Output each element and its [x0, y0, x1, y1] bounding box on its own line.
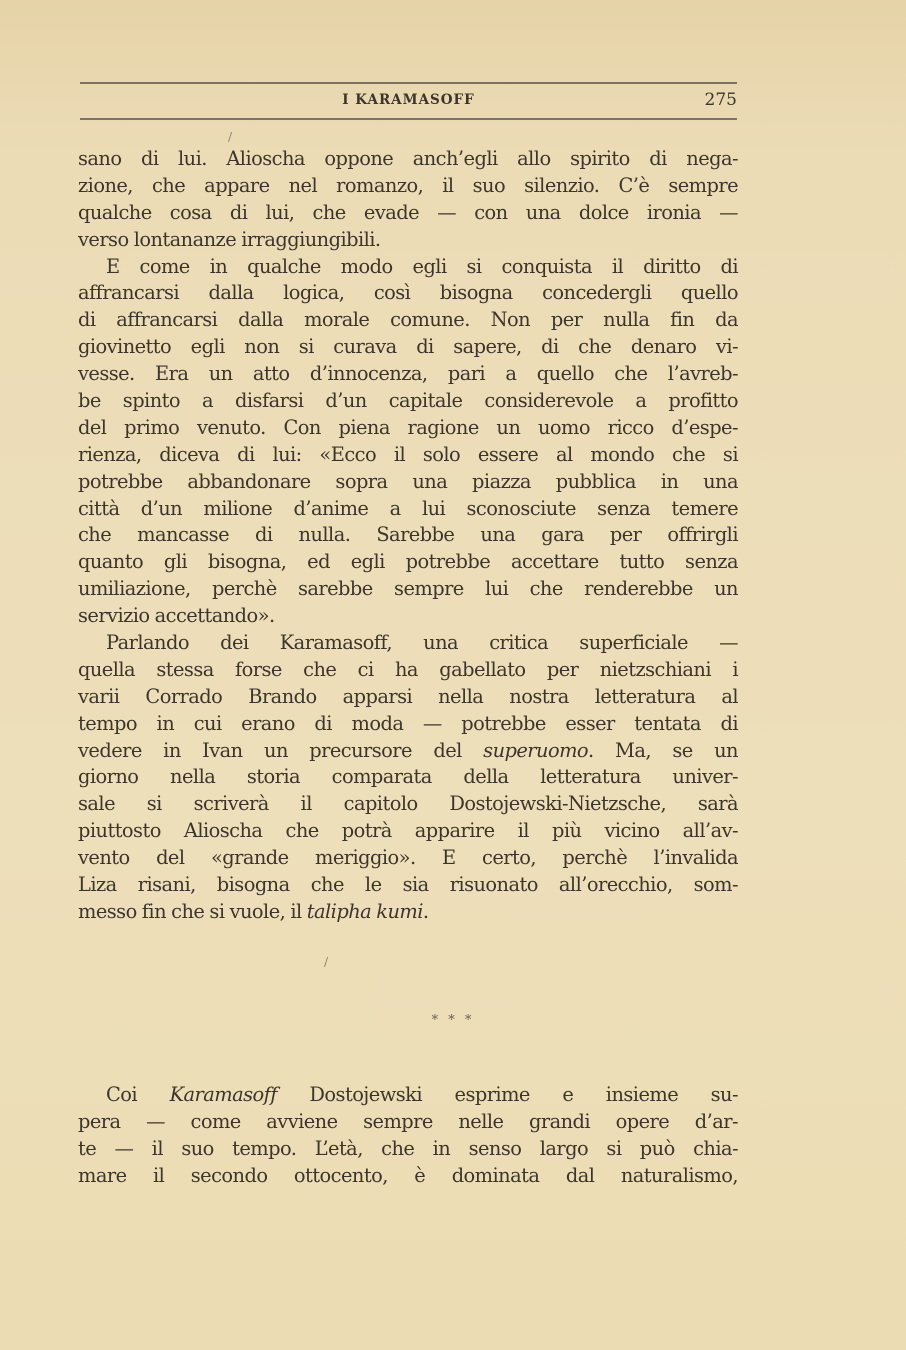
text-line: messo fin che si vuole, il talipha kumi. — [78, 899, 738, 926]
text-segment: . Ma, se un — [588, 739, 738, 762]
text-line: vento del «grande meriggio». E certo, pe… — [78, 845, 738, 872]
text-line: mare il secondo ottocento, è dominata da… — [78, 1163, 738, 1190]
text-line: Liza risani, bisogna che le sia risuonat… — [78, 872, 738, 899]
italic-title-karamasoff: Karamasoff — [170, 1083, 277, 1106]
text-line: tempo in cui erano di moda — potrebbe es… — [78, 711, 738, 738]
text-segment: Dostojewski esprime e insieme su- — [277, 1083, 738, 1106]
text-line: città d’un milione d’anime a lui sconosc… — [78, 496, 738, 523]
text-line: quella stessa forse che ci ha gabellato … — [78, 657, 738, 684]
text-segment: messo fin che si vuole, il — [78, 900, 307, 923]
text-segment: Coi — [106, 1083, 170, 1106]
text-line: verso lontananze irraggiungibili. — [78, 227, 738, 254]
header-rule-top — [80, 82, 737, 84]
text-line: umiliazione, perchè sarebbe sempre lui c… — [78, 576, 738, 603]
text-line: del primo venuto. Con piena ragione un u… — [78, 415, 738, 442]
text-line: te — il suo tempo. L’età, che in senso l… — [78, 1136, 738, 1163]
text-line: varii Corrado Brando apparsi nella nostr… — [78, 684, 738, 711]
text-line: Parlando dei Karamasoff, una critica sup… — [78, 630, 738, 657]
text-line: piuttosto Alioscha che potrà apparire il… — [78, 818, 738, 845]
text-line: affrancarsi dalla logica, così bisogna c… — [78, 280, 738, 307]
text-line: di affrancarsi dalla morale comune. Non … — [78, 307, 738, 334]
section-2-text: Coi Karamasoff Dostojewski esprime e ins… — [78, 1082, 738, 1190]
italic-term-talipha-kumi: talipha kumi — [307, 900, 423, 923]
header-rule-bottom — [80, 118, 737, 120]
text-line: Coi Karamasoff Dostojewski esprime e ins… — [78, 1082, 738, 1109]
text-line: potrebbe abbandonare sopra una piazza pu… — [78, 469, 738, 496]
running-head: I KARAMASOFF 275 — [80, 88, 737, 114]
text-line: zione, che appare nel romanzo, il suo si… — [78, 173, 738, 200]
text-line: rienza, diceva di lui: «Ecco il solo ess… — [78, 442, 738, 469]
text-line: qualche cosa di lui, che evade — con una… — [78, 200, 738, 227]
text-line: giorno nella storia comparata della lett… — [78, 764, 738, 791]
text-line: E come in qualche modo egli si conquista… — [78, 254, 738, 281]
text-segment: vedere in Ivan un precursore del — [78, 739, 483, 762]
pencil-mark: / — [324, 955, 328, 969]
running-title: I KARAMASOFF — [80, 92, 737, 108]
text-segment: . — [423, 900, 429, 923]
text-line: giovinetto egli non si curava di sapere,… — [78, 334, 738, 361]
page-number: 275 — [705, 90, 737, 110]
main-text: sano di lui. Alioscha oppone anch’egli a… — [78, 146, 738, 926]
section-break-asterism: * * * — [0, 1013, 906, 1028]
text-line: vesse. Era un atto d’innocenza, pari a q… — [78, 361, 738, 388]
text-line: sale si scriverà il capitolo Dostojewski… — [78, 791, 738, 818]
text-line: quanto gli bisogna, ed egli potrebbe acc… — [78, 549, 738, 576]
book-page: I KARAMASOFF 275 / / sano di lui. Aliosc… — [0, 0, 906, 1350]
text-line: pera — come avviene sempre nelle grandi … — [78, 1109, 738, 1136]
text-line: sano di lui. Alioscha oppone anch’egli a… — [78, 146, 738, 173]
italic-term-superuomo: superuomo — [483, 739, 588, 762]
text-line: be spinto a disfarsi d’un capitale consi… — [78, 388, 738, 415]
pencil-mark: / — [228, 130, 232, 144]
text-line: vedere in Ivan un precursore del superuo… — [78, 738, 738, 765]
text-line: che mancasse di nulla. Sarebbe una gara … — [78, 522, 738, 549]
text-line: servizio accettando». — [78, 603, 738, 630]
